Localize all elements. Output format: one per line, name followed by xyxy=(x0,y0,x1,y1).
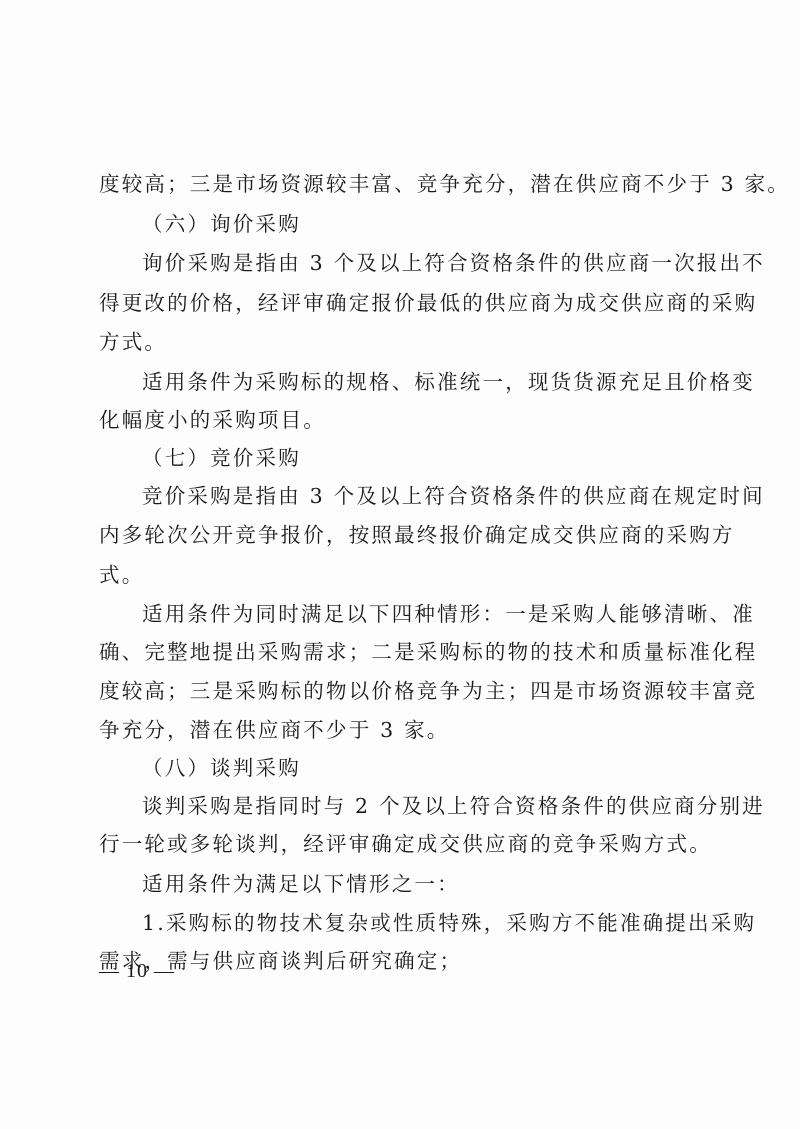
section-heading-bidding-procurement: （七）竞价采购 xyxy=(142,444,754,472)
paragraph-line: 谈判采购是指同时与 2 个及以上符合资格条件的供应商分别进 xyxy=(142,792,712,820)
paragraph-line: 竞价采购是指由 3 个及以上符合资格条件的供应商在规定时间 xyxy=(142,482,712,510)
body-line: 行一轮或多轮谈判，经评审确定成交供应商的竞争采购方式。 xyxy=(99,830,711,858)
section-heading-inquiry-procurement: （六）询价采购 xyxy=(142,210,754,238)
body-line: 式。 xyxy=(99,561,711,589)
body-line: 度较高；三是采购标的物以价格竞争为主；四是市场资源较丰富竞 xyxy=(99,677,711,705)
body-line: 需求，需与供应商谈判后研究确定； xyxy=(99,947,711,975)
body-line: 内多轮次公开竞争报价，按照最终报价确定成交供应商的采购方 xyxy=(99,521,711,549)
section-heading-negotiation-procurement: （八）谈判采购 xyxy=(142,754,754,782)
paragraph-line: 询价采购是指由 3 个及以上符合资格条件的供应商一次报出不 xyxy=(142,249,712,277)
body-line: 确、完整地提出采购需求；二是采购标的物的技术和质量标准化程 xyxy=(99,638,711,666)
body-line: 得更改的价格，经评审确定报价最低的供应商为成交供应商的采购 xyxy=(99,289,711,317)
body-line: 争充分，潜在供应商不少于 3 家。 xyxy=(99,716,711,744)
document-page: 度较高；三是市场资源较丰富、竞争充分，潜在供应商不少于 3 家。 （六）询价采购… xyxy=(0,0,800,1129)
body-line: 度较高；三是市场资源较丰富、竞争充分，潜在供应商不少于 3 家。 xyxy=(99,170,711,198)
list-item-line: 1.采购标的物技术复杂或性质特殊，采购方不能准确提出采购 xyxy=(142,909,712,937)
paragraph-line: 适用条件为满足以下情形之一： xyxy=(142,870,712,898)
page-number: — 10 — xyxy=(99,957,175,985)
body-line: 方式。 xyxy=(99,328,711,356)
paragraph-line: 适用条件为同时满足以下四种情形：一是采购人能够清晰、准 xyxy=(142,600,712,628)
body-line: 化幅度小的采购项目。 xyxy=(99,406,711,434)
paragraph-line: 适用条件为采购标的规格、标准统一，现货货源充足且价格变 xyxy=(142,368,712,396)
